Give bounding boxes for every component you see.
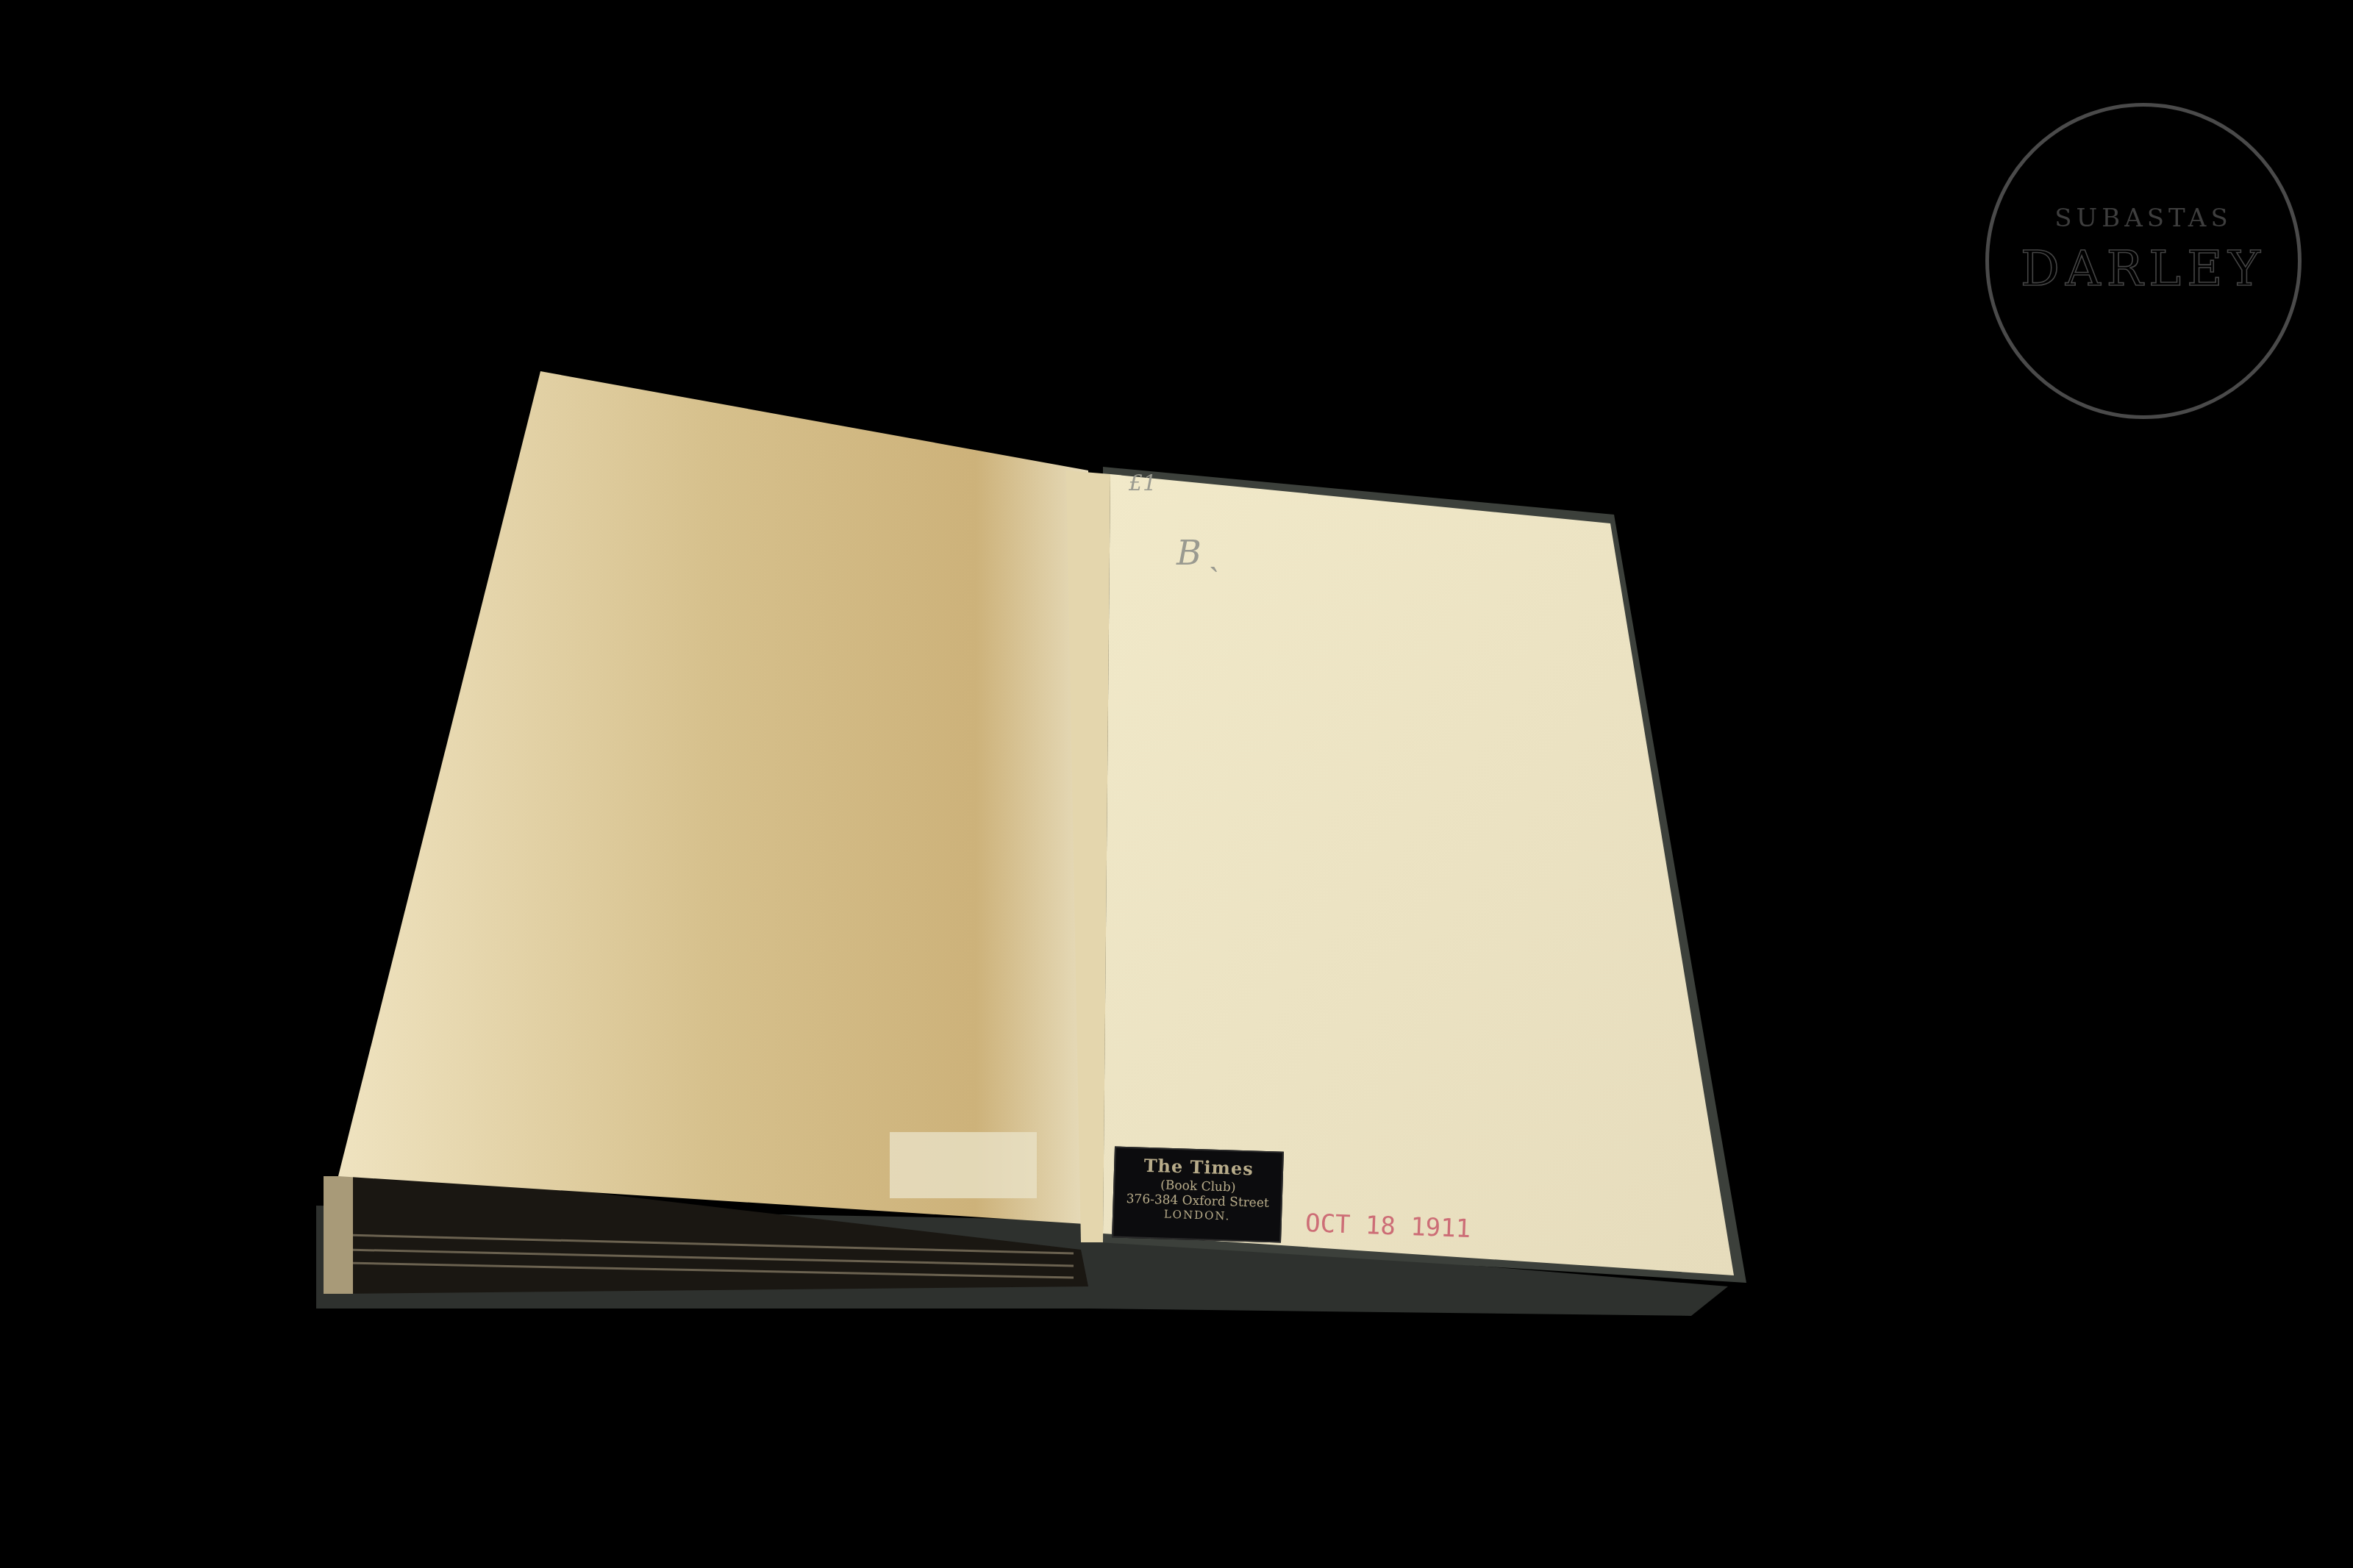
watermark-subtitle: SUBASTAS	[2054, 204, 2232, 233]
watermark-logo: SUBASTAS DARLEY	[1985, 103, 2302, 419]
left-page	[338, 371, 1088, 1224]
date-stamp: OCT 18 1911	[1304, 1209, 1471, 1244]
watermark-title: DARLEY	[2021, 240, 2266, 297]
bookseller-label: The Times (Book Club) 376-384 Oxford Str…	[1112, 1146, 1284, 1242]
label-title: The Times	[1115, 1153, 1282, 1180]
pencil-letter-mark: B ˎ	[1176, 533, 1219, 573]
photo-stage: £1 B ˎ The Times (Book Club) 376-384 Oxf…	[0, 0, 2353, 1568]
tape-patch	[890, 1132, 1037, 1198]
pencil-price-mark: £1	[1129, 470, 1157, 496]
fore-edge	[324, 1176, 353, 1294]
